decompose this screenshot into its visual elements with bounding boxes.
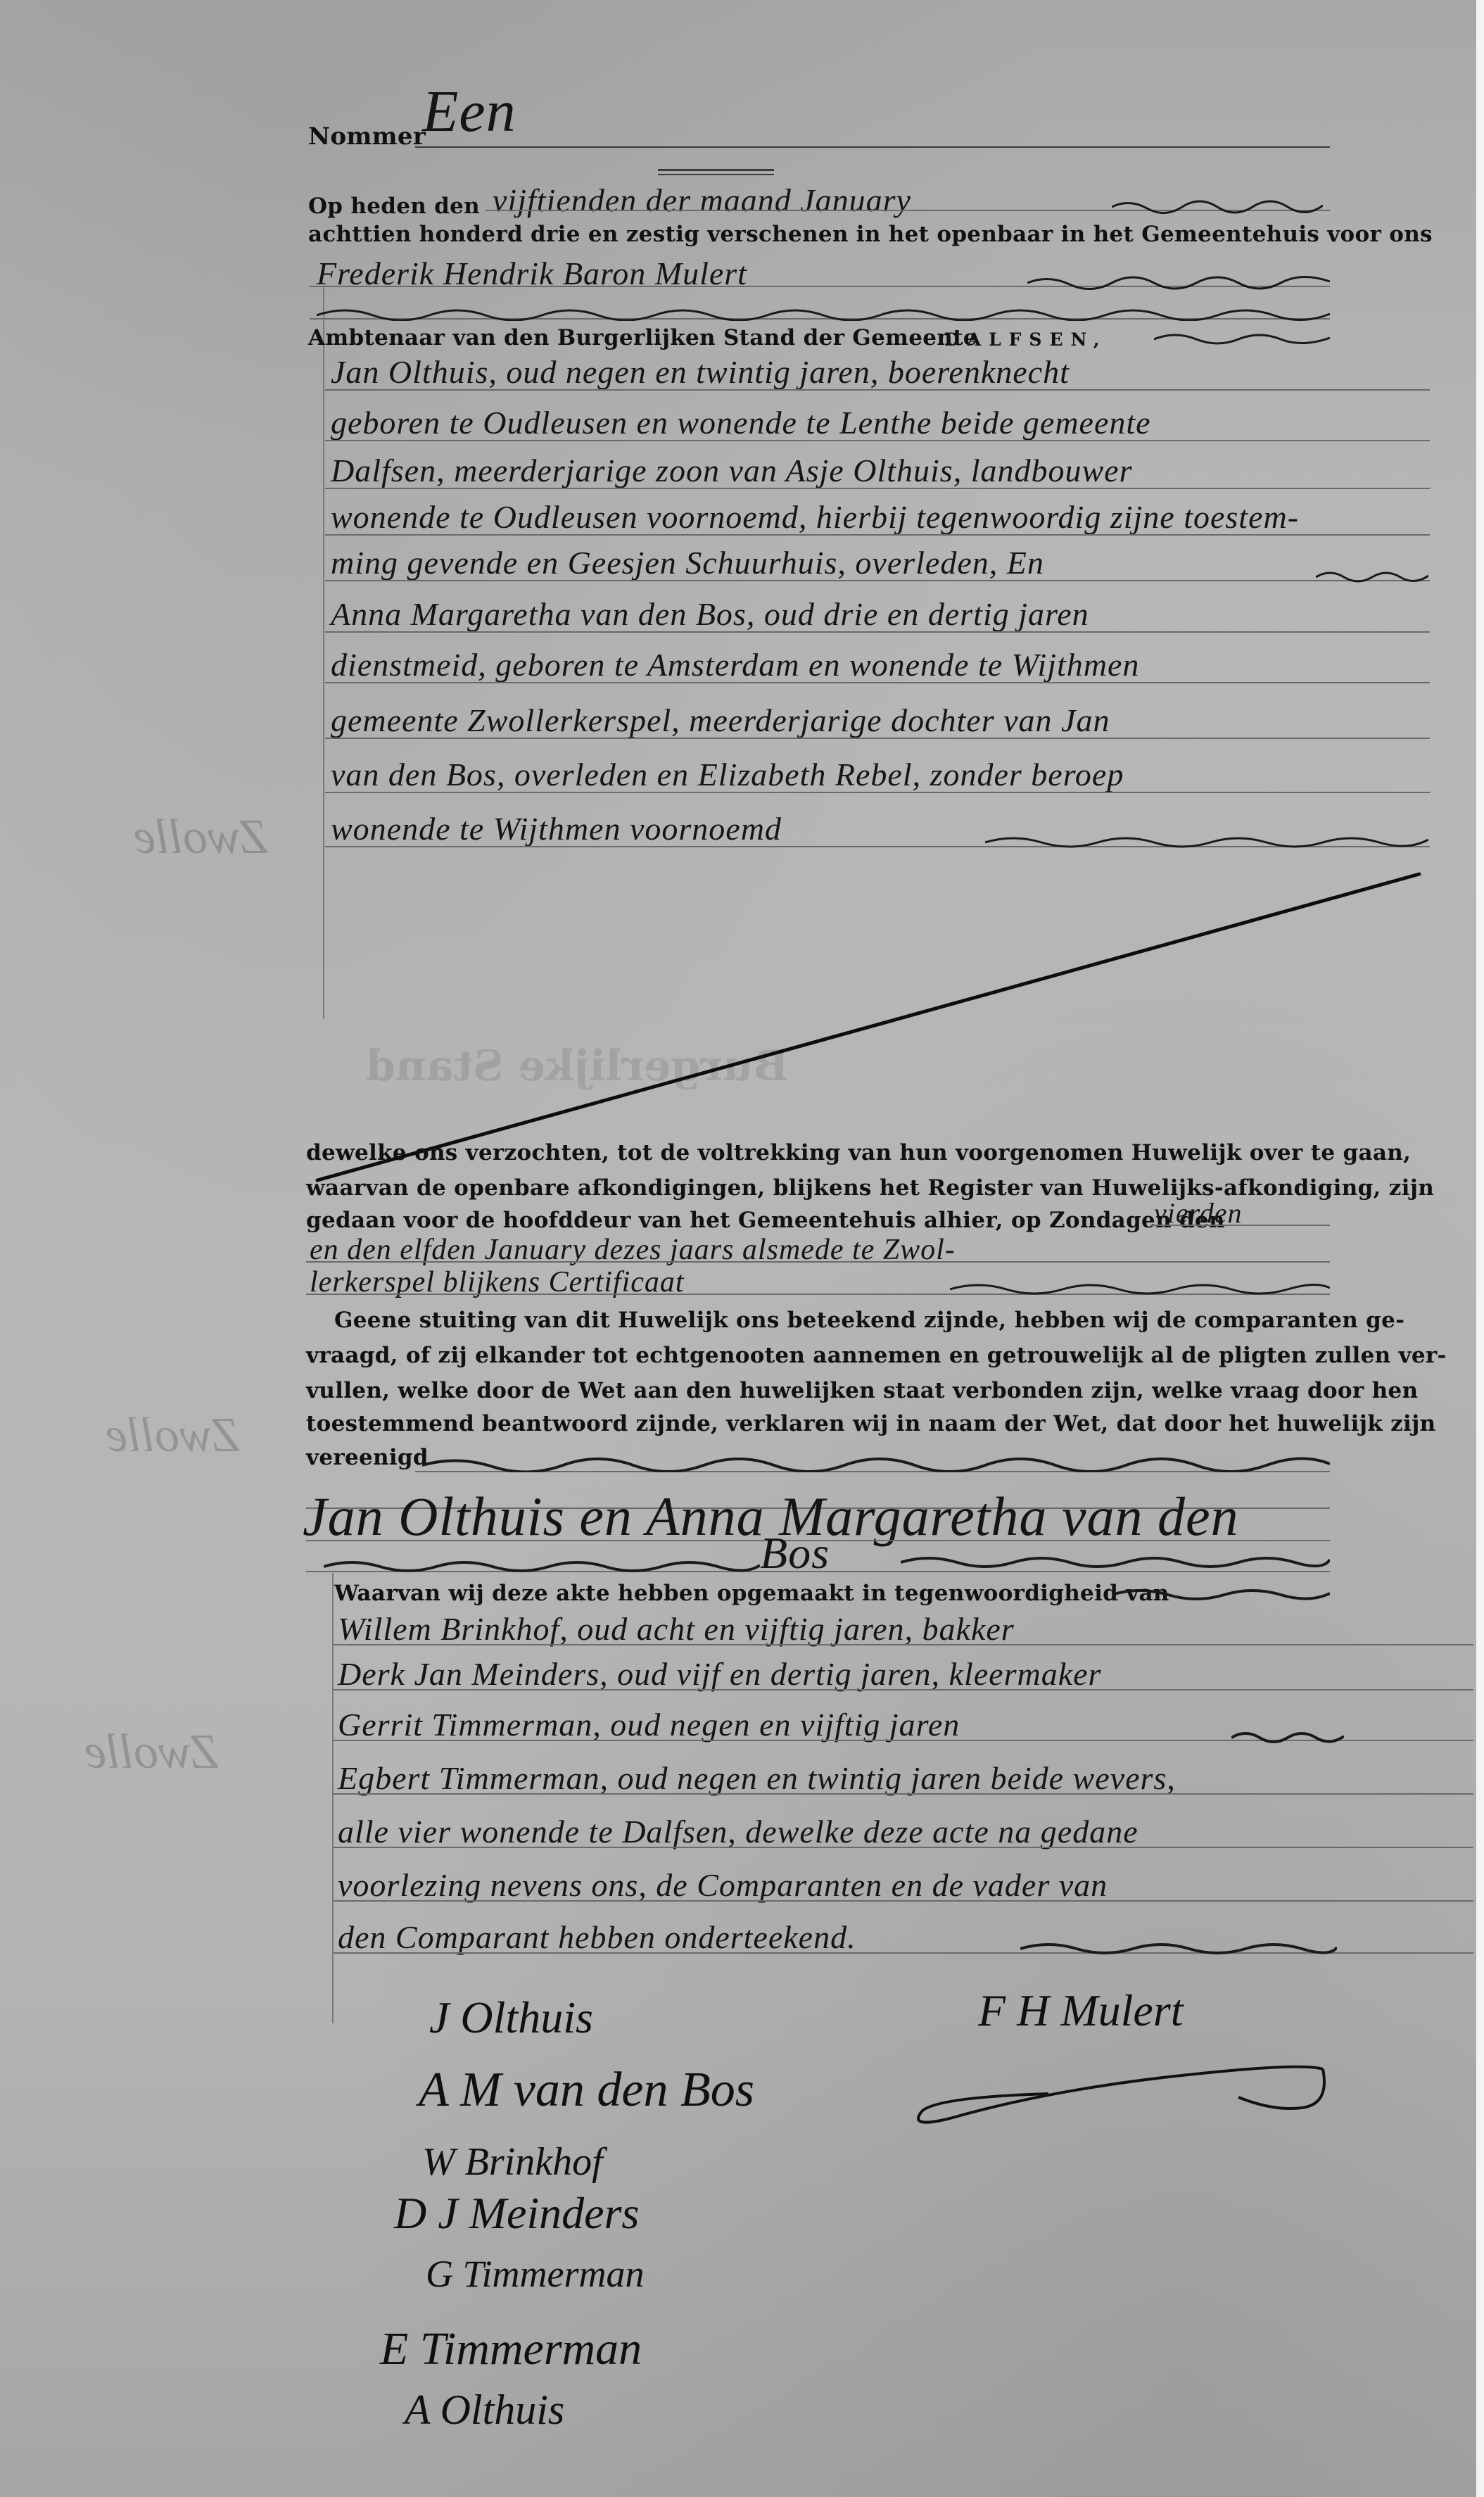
ceremony-printed-3: gedaan voor de hoofddeur van het Gemeent… (306, 1208, 1225, 1233)
parties-line-4: wonende te Oudleusen voornoemd, hierbij … (331, 498, 1299, 536)
rule-p5 (325, 580, 1430, 581)
bleed-through-center: Burgerlijke Stand (366, 1042, 789, 1091)
wave-filler-11 (1112, 1585, 1330, 1602)
ceremony-printed-6: vullen, welke door de Wet aan den huweli… (306, 1378, 1418, 1403)
ceremony-printed-5: vraagd, of zij elkander tot echtgenooten… (306, 1343, 1447, 1368)
witness-line-6: voorlezing nevens ons, de Comparanten en… (338, 1866, 1108, 1904)
nommer-value: Een (422, 77, 516, 146)
parties-line-10: wonende te Wijthmen voornoemd (331, 810, 782, 847)
witness-line-2: Derk Jan Meinders, oud vijf en dertig ja… (338, 1655, 1101, 1693)
signature-father: A Olthuis (405, 2386, 564, 2434)
margin-line-lower (332, 1573, 334, 2023)
parties-line-1: Jan Olthuis, oud negen en twintig jaren,… (331, 353, 1070, 391)
parties-line-7: dienstmeid, geboren te Amsterdam en wone… (331, 646, 1139, 683)
wave-filler-7 (950, 1279, 1330, 1296)
wave-filler-3 (317, 304, 1330, 321)
signature-bride: A M van den Bos (419, 2062, 754, 2118)
wave-filler-4 (1154, 329, 1330, 346)
rule-p4 (325, 534, 1430, 536)
nommer-label: Nommer (308, 122, 426, 151)
ceremony-printed-1: dewelke ons verzochten, tot de voltrekki… (306, 1140, 1411, 1165)
rule-p9 (325, 792, 1430, 793)
signature-officiant: F H Mulert (978, 1985, 1184, 2037)
rule-p1 (325, 389, 1430, 391)
parties-line-3: Dalfsen, meerderjarige zoon van Asje Olt… (331, 452, 1132, 489)
witness-line-7: den Comparant hebben onderteekend. (338, 1918, 856, 1956)
parties-line-8: gemeente Zwollerkerspel, meerderjarige d… (331, 702, 1110, 739)
wave-filler-6 (985, 833, 1428, 849)
bleed-through-margin-2: Zwolle (106, 1408, 240, 1464)
wave-filler-2 (1027, 274, 1330, 291)
rule-p6 (325, 631, 1430, 633)
signature-witness-4: E Timmerman (380, 2322, 642, 2376)
rule-w2 (334, 1689, 1473, 1690)
witness-line-3: Gerrit Timmerman, oud negen en vijftig j… (338, 1706, 960, 1743)
rule-w1 (334, 1644, 1473, 1645)
document-page: Zwolle Zwolle Zwolle Burgerlijke Stand N… (0, 0, 1476, 2497)
ceremony-printed-4: Geene stuiting van dit Huwelijk ons bete… (334, 1308, 1404, 1333)
signature-witness-3: G Timmerman (426, 2252, 645, 2296)
intro-line2: achttien honderd drie en zestig verschen… (308, 222, 1433, 247)
bleed-through-margin-3: Zwolle (84, 1724, 219, 1781)
witness-line-4: Egbert Timmerman, oud negen en twintig j… (338, 1759, 1176, 1797)
ceremony-printed-vereenigd: vereenigd (306, 1445, 429, 1470)
rule-p8 (325, 738, 1430, 739)
wave-filler-9 (324, 1557, 760, 1574)
parties-line-6: Anna Margaretha van den Bos, oud drie en… (331, 595, 1089, 633)
intro-date-value: vijftienden der maand January (493, 182, 911, 219)
officiant-flourish (908, 2055, 1330, 2132)
intro-op-heden: Op heden den (308, 194, 480, 219)
witness-line-5: alle vier wonende te Dalfsen, dewelke de… (338, 1813, 1139, 1850)
margin-line-upper (323, 287, 324, 1019)
signature-witness-2: D J Meinders (394, 2187, 639, 2239)
parties-line-2: geboren te Oudleusen en wonende te Lenth… (331, 404, 1151, 441)
scan-edge (1476, 0, 1484, 2497)
rule-w5 (334, 1847, 1473, 1848)
ceremony-printed-2: waarvan de openbare afkondigingen, blijk… (306, 1175, 1434, 1201)
witness-intro: Waarvan wij deze akte hebben opgemaakt i… (334, 1581, 1169, 1606)
wave-filler-12 (1231, 1728, 1344, 1745)
witness-line-1: Willem Brinkhof, oud acht en vijftig jar… (338, 1610, 1015, 1648)
ornament-rule-1 (658, 169, 774, 171)
parties-line-9: van den Bos, overleden en Elizabeth Rebe… (331, 756, 1124, 793)
signature-groom: J Olthuis (429, 1992, 593, 2044)
rule-w6 (334, 1900, 1473, 1902)
rule-p7 (325, 682, 1430, 683)
intro-ambtenaar: Ambtenaar van den Burgerlijken Stand der… (308, 325, 977, 350)
wave-filler-10 (901, 1553, 1330, 1569)
wave-filler-13 (1020, 1939, 1337, 1956)
wave-filler-1 (1112, 198, 1323, 215)
ceremony-printed-7: toestemmend beantwoord zijnde, verklaren… (306, 1411, 1435, 1436)
signature-witness-1: W Brinkhof (422, 2139, 603, 2185)
ornament-rule-2 (658, 174, 774, 175)
rule-p2 (325, 440, 1430, 441)
bleed-through-margin-1: Zwolle (134, 809, 268, 866)
nommer-rule (415, 146, 1330, 148)
rule-p3 (325, 488, 1430, 489)
rule-banns-2 (306, 1261, 1330, 1263)
rule-banns-1 (1150, 1225, 1330, 1226)
wave-filler-5 (1316, 567, 1428, 584)
wave-filler-8 (422, 1455, 1330, 1472)
municipality-name: DALFSEN, (944, 329, 1107, 350)
rule-w4 (334, 1793, 1473, 1795)
parties-line-5: ming gevende en Geesjen Schuurhuis, over… (331, 544, 1044, 581)
